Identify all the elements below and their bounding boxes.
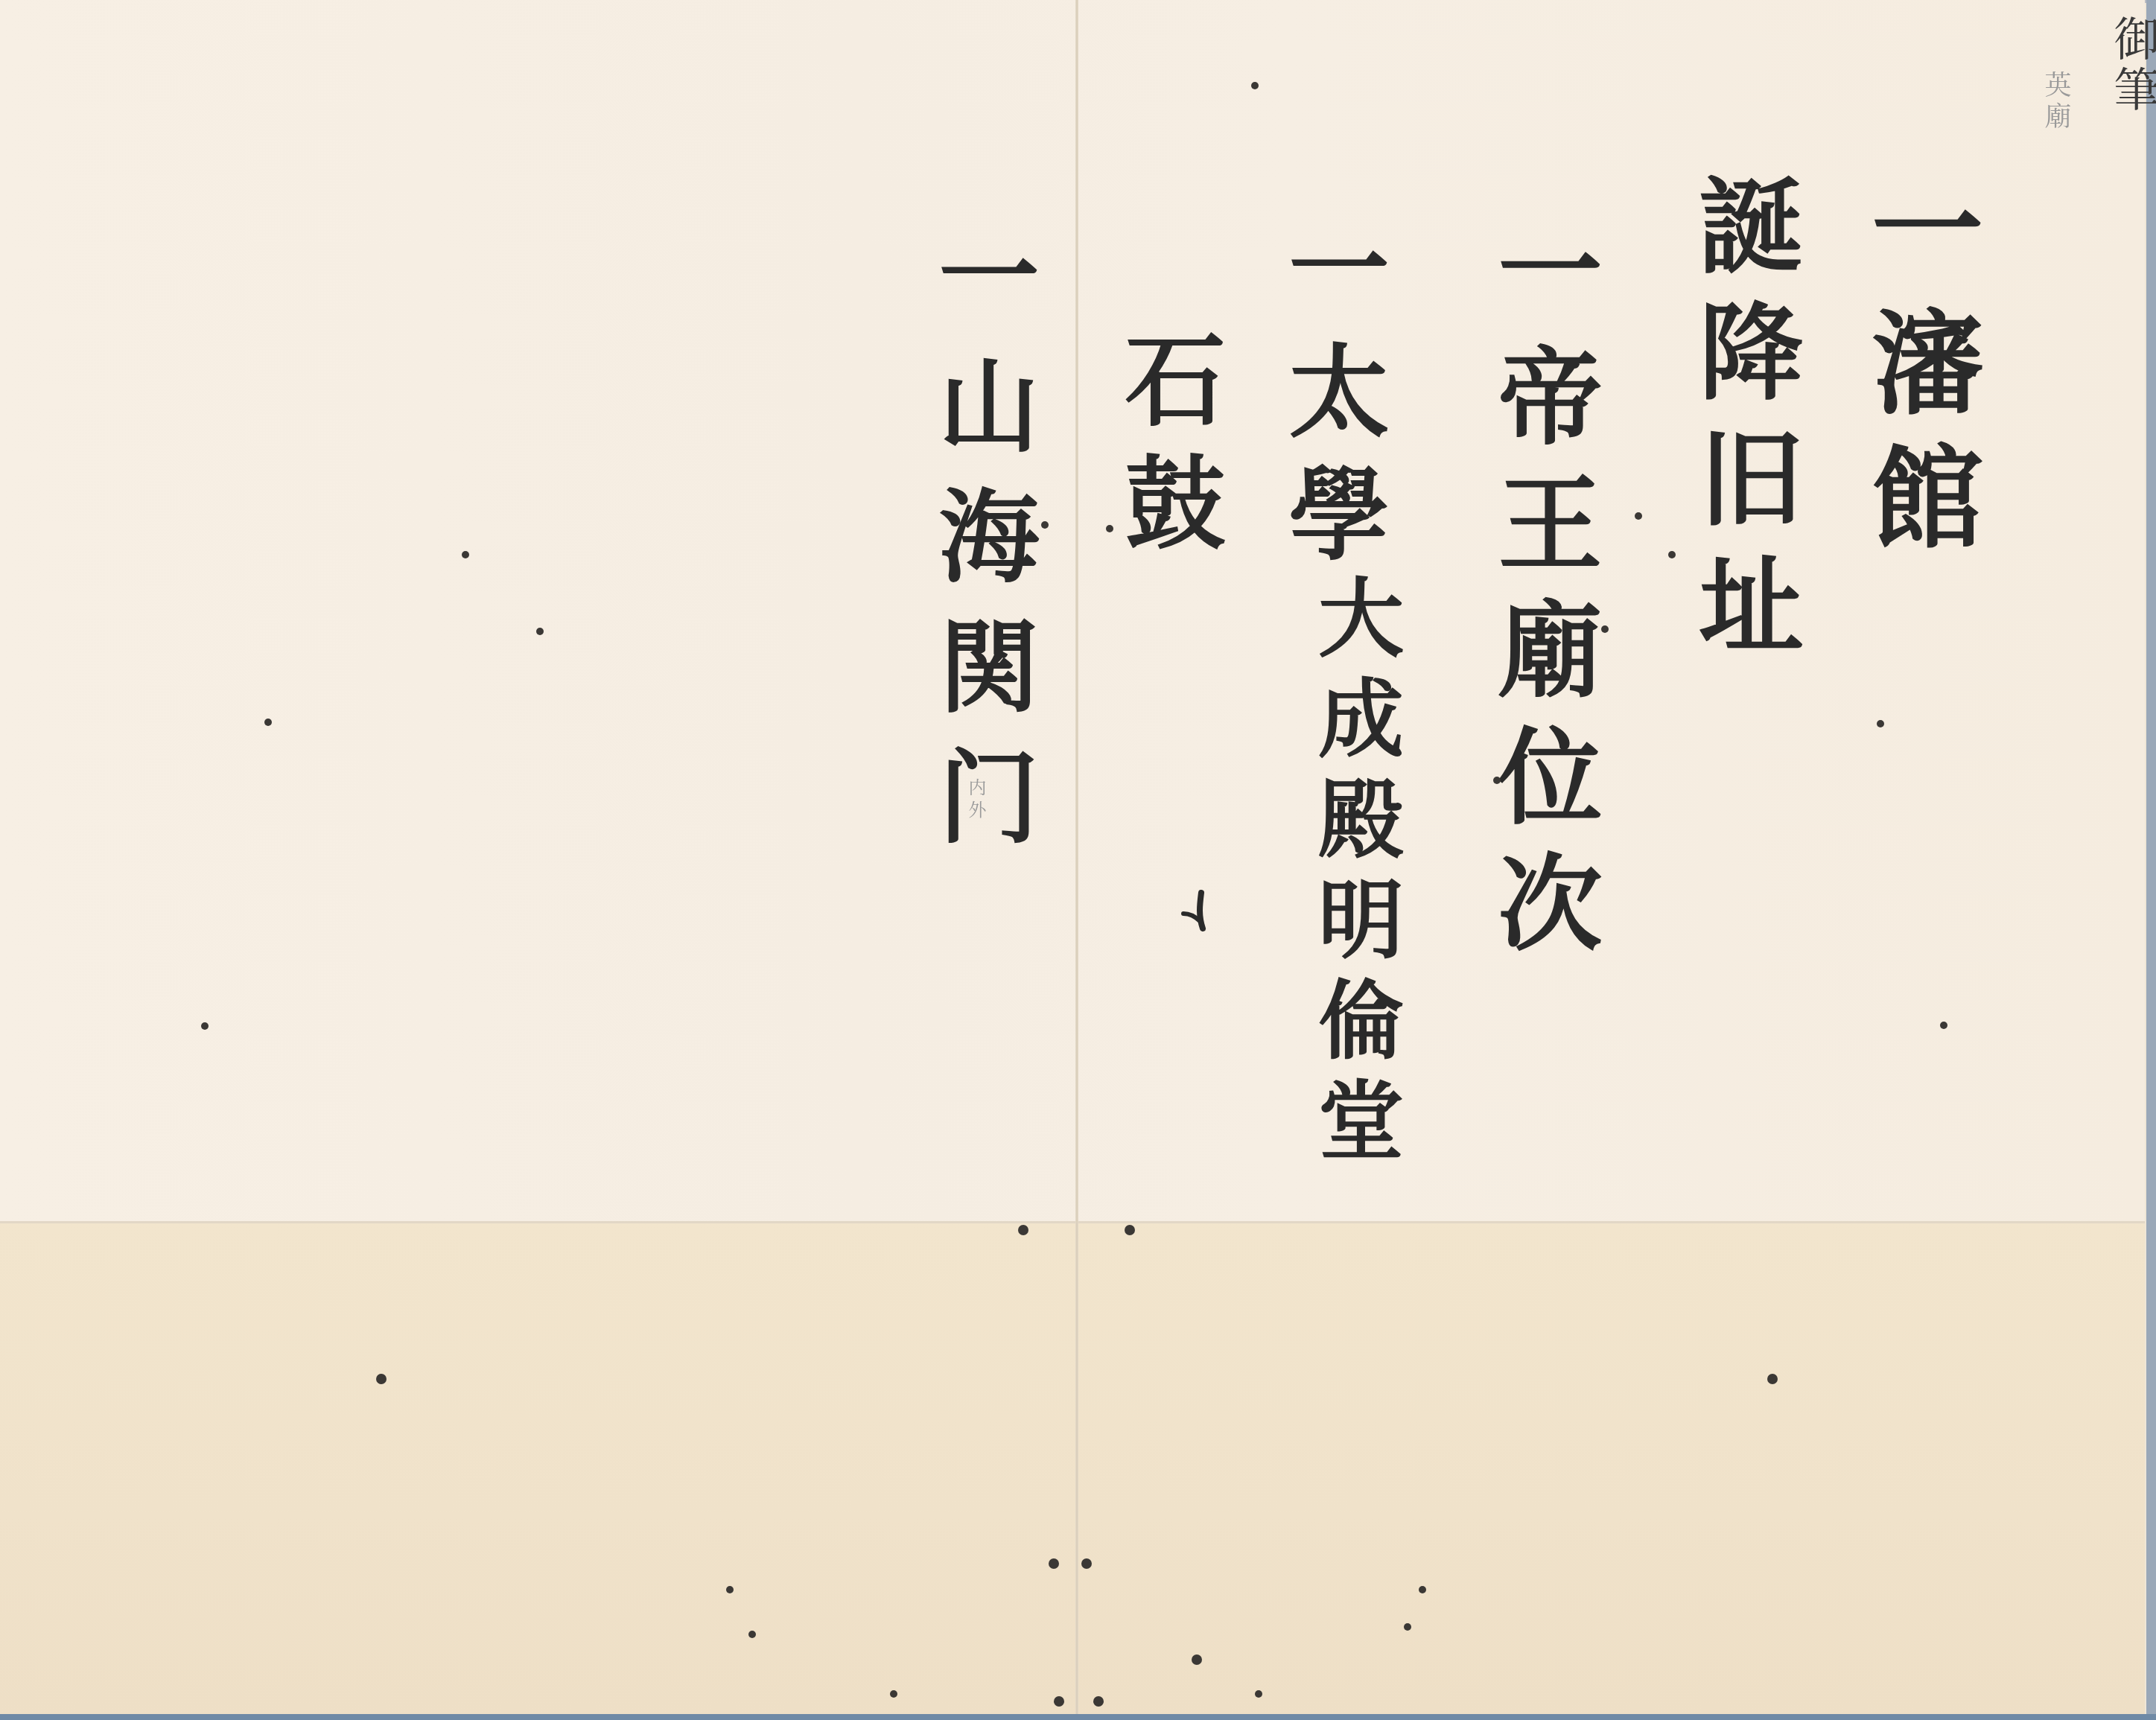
text-column-4-subtext: 大成殿明倫堂 <box>1311 573 1396 1176</box>
binding-hole <box>1493 777 1501 784</box>
binding-hole <box>1054 1696 1064 1707</box>
binding-hole <box>1404 1623 1411 1631</box>
binding-hole <box>1081 1558 1092 1569</box>
binding-hole <box>748 1631 756 1638</box>
binding-hole <box>1877 720 1884 727</box>
binding-hole <box>376 1374 387 1384</box>
upper-paper <box>0 0 2145 1223</box>
fold-line <box>0 1221 2145 1223</box>
binding-hole <box>264 719 272 726</box>
binding-hole <box>1251 82 1259 89</box>
binding-hole <box>462 551 469 558</box>
bottom-mount-edge <box>0 1714 2156 1720</box>
manuscript-sheet: 御筆 英廟 一瀋館 誕降旧址 一帝王廟位次 一太學 大成殿明倫堂 石鼓 一山海関… <box>0 0 2156 1720</box>
binding-hole <box>536 628 544 635</box>
binding-hole <box>726 1586 734 1593</box>
binding-hole <box>1049 1558 1059 1569</box>
binding-hole <box>1419 1586 1426 1593</box>
header-note-attribution: 英廟 <box>2037 71 2075 133</box>
binding-hole <box>1018 1225 1028 1235</box>
binding-hole <box>1668 551 1676 558</box>
binding-hole <box>1940 1022 1947 1029</box>
binding-hole <box>1635 512 1642 520</box>
text-column-5: 石鼓 <box>1117 328 1218 573</box>
binding-hole <box>890 1690 897 1698</box>
binding-hole <box>1767 1374 1778 1384</box>
pencil-note: 内外 <box>963 778 989 823</box>
text-column-3: 一帝王廟位次 <box>1489 216 1594 975</box>
text-column-2: 誕降旧址 <box>1691 171 1795 678</box>
text-column-4: 一太學 <box>1281 216 1381 585</box>
binding-hole <box>1192 1654 1202 1665</box>
binding-hole <box>1041 521 1049 529</box>
right-mount-edge <box>2146 0 2156 1720</box>
binding-hole <box>201 1022 209 1030</box>
binding-hole <box>1106 525 1113 532</box>
binding-hole <box>1125 1225 1135 1235</box>
binding-hole <box>1093 1696 1104 1707</box>
text-column-1: 一瀋館 <box>1862 171 1974 573</box>
check-mark-icon <box>1180 890 1210 934</box>
center-fold-gutter <box>1075 0 1078 1714</box>
binding-hole <box>1255 1690 1262 1698</box>
binding-hole <box>1601 625 1609 633</box>
lower-paper <box>0 1223 2145 1714</box>
text-column-6: 一山海関门 <box>931 223 1031 875</box>
header-note-title: 御筆 <box>2100 15 2156 116</box>
